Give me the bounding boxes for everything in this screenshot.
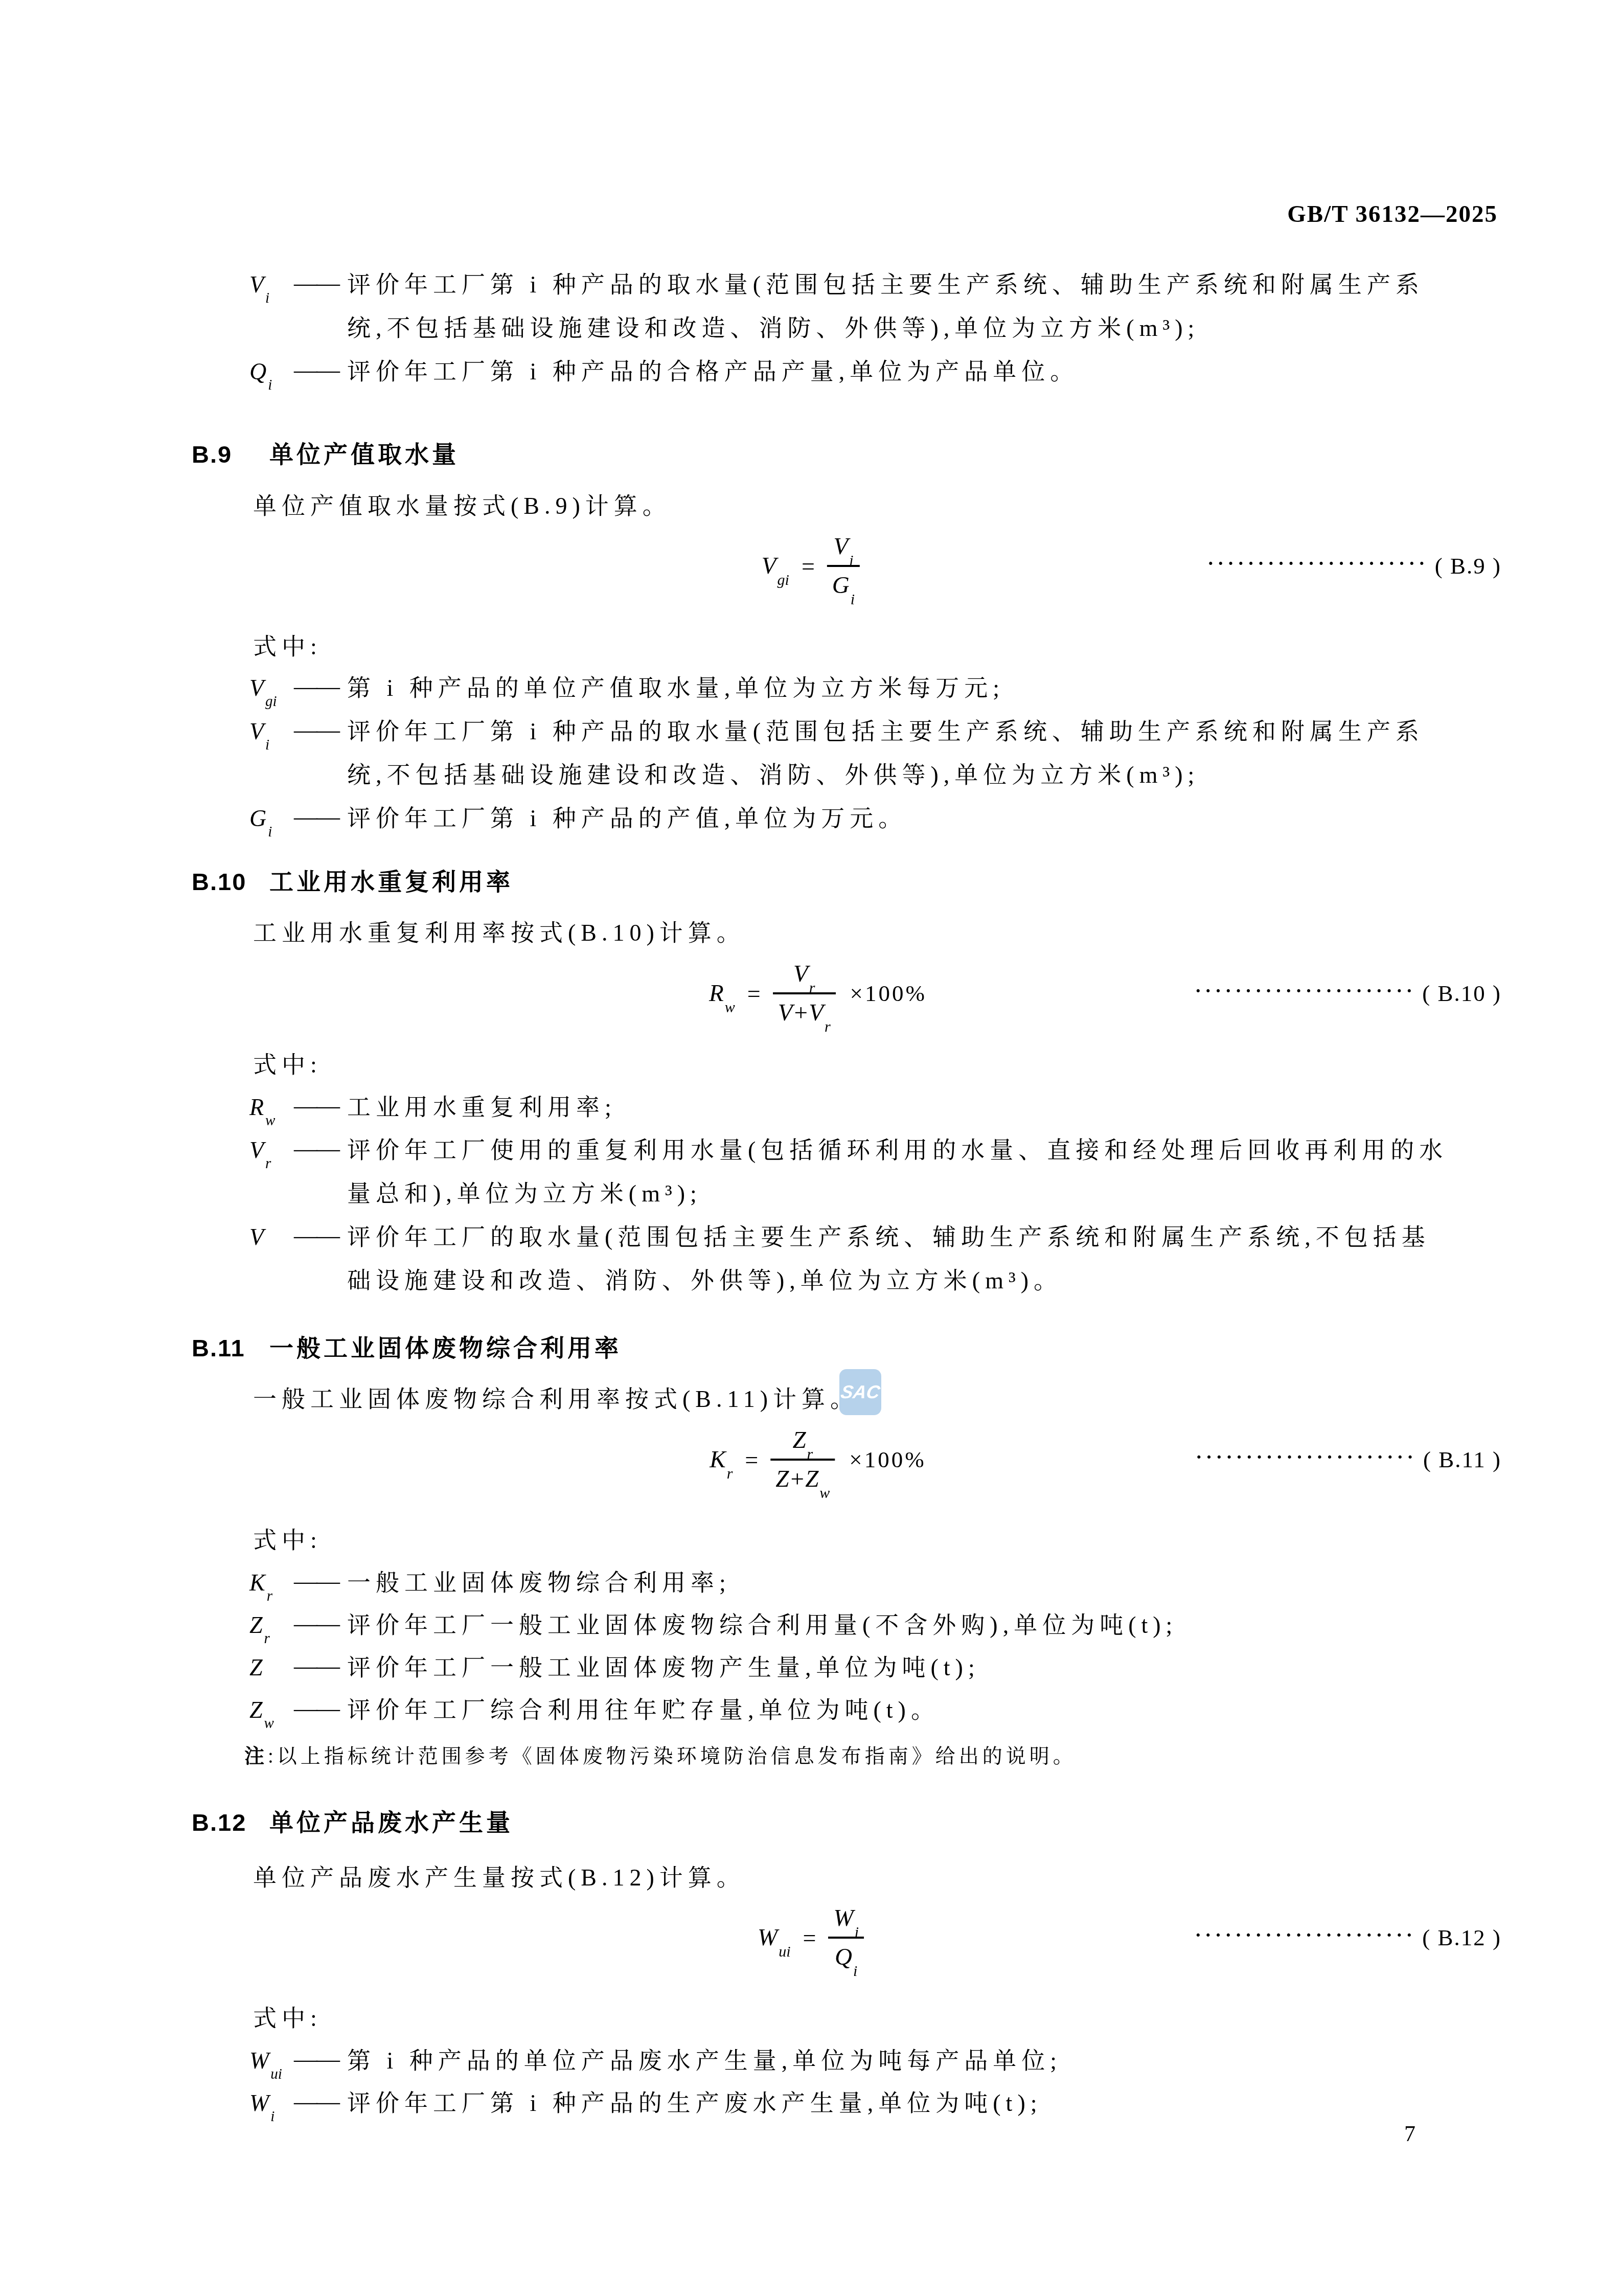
section-heading-b12: B.12 单位产品废水产生量 bbox=[192, 1804, 513, 1838]
fraction: Vi Gi bbox=[827, 532, 860, 600]
definition-gi: Gi —— 评价年工厂第 i 种产品的产值,单位为万元。 bbox=[249, 806, 1501, 831]
em-dash: —— bbox=[294, 805, 347, 829]
definition-wui: Wui —— 第 i 种产品的单位产品废水产生量,单位为吨每产品单位; bbox=[249, 2049, 1501, 2073]
equation-number: ······················ ( B.11 ) bbox=[1196, 1446, 1501, 1473]
section-heading-b9: B.9 单位产值取水量 bbox=[192, 436, 459, 470]
fraction-bar bbox=[773, 992, 836, 994]
symbol-vi: Vi bbox=[249, 272, 294, 297]
symbol-wi: Wi bbox=[249, 2091, 294, 2116]
fraction: Vr V+Vr bbox=[773, 959, 836, 1028]
dot-leader: ······················ bbox=[1195, 980, 1416, 1003]
where-label: 式中: bbox=[253, 1528, 322, 1553]
where-label: 式中: bbox=[253, 2006, 322, 2031]
em-dash: —— bbox=[294, 2047, 347, 2072]
fraction: Wi Qi bbox=[828, 1903, 864, 1972]
em-dash: —— bbox=[294, 358, 347, 382]
fraction: Zr Z+Zw bbox=[770, 1425, 835, 1494]
symbol-gi: Gi bbox=[249, 806, 294, 831]
definition-text: 一般工业固体废物综合利用率; bbox=[347, 1571, 1501, 1595]
em-dash: —— bbox=[294, 1223, 347, 1248]
symbol-wui: Wui bbox=[249, 2049, 294, 2073]
symbol-z: Z bbox=[249, 1655, 294, 1680]
symbol-vr: Vr bbox=[249, 1138, 294, 1163]
definition-zw: Zw —— 评价年工厂综合利用往年贮存量,单位为吨(t)。 bbox=[249, 1698, 1501, 1722]
definition-text: 第 i 种产品的单位产品废水产生量,单位为吨每产品单位; bbox=[347, 2049, 1501, 2073]
em-dash: —— bbox=[294, 674, 347, 699]
note: 注:以上指标统计范围参考《固体废物污染环境防治信息发布指南》给出的说明。 bbox=[244, 1740, 1077, 1769]
em-dash: —— bbox=[294, 271, 347, 295]
symbol-vgi: Vgi bbox=[249, 676, 294, 700]
formula-b10: Rw = Vr V+Vr ×100% ·····················… bbox=[253, 947, 1501, 1039]
where-label: 式中: bbox=[253, 1052, 322, 1078]
symbol-zw: Zw bbox=[249, 1698, 294, 1722]
where-label: 式中: bbox=[253, 634, 322, 660]
fraction-bar bbox=[770, 1459, 835, 1461]
page-number: 7 bbox=[1404, 2121, 1415, 2147]
definition-text: 评价年工厂使用的重复利用水量(包括循环利用的水量、直接和经处理后回收再利用的水 bbox=[347, 1138, 1501, 1163]
fraction-bar bbox=[827, 565, 860, 567]
section-heading-b10: B.10 工业用水重复利用率 bbox=[192, 863, 513, 897]
formula-b11: Kr = Zr Z+Zw ×100% ·····················… bbox=[253, 1414, 1501, 1506]
definition-wi: Wi —— 评价年工厂第 i 种产品的生产废水产生量,单位为吨(t); bbox=[249, 2091, 1501, 2116]
definition-vi-top: Vi —— 评价年工厂第 i 种产品的取水量(范围包括主要生产系统、辅助生产系统… bbox=[249, 272, 1501, 340]
symbol-kr: Kr bbox=[249, 1571, 294, 1595]
equation-number: ······················ ( B.9 ) bbox=[1207, 553, 1501, 579]
note-label: 注 bbox=[244, 1745, 268, 1767]
equation-number: ······················ ( B.10 ) bbox=[1195, 980, 1501, 1007]
definition-text: 统,不包括基础设施建设和改造、消防、外供等),单位为立方米(m³); bbox=[347, 316, 1501, 340]
paragraph-b12-intro: 单位产品废水产生量按式(B.12)计算。 bbox=[253, 1865, 745, 1891]
definition-z: Z —— 评价年工厂一般工业固体废物产生量,单位为吨(t); bbox=[249, 1655, 1501, 1680]
em-dash: —— bbox=[294, 2089, 347, 2114]
definition-text: 评价年工厂一般工业固体废物产生量,单位为吨(t); bbox=[347, 1655, 1501, 1680]
symbol-rw: Rw bbox=[249, 1095, 294, 1120]
paragraph-b11-intro: 一般工业固体废物综合利用率按式(B.11)计算。 bbox=[253, 1386, 1623, 1412]
definition-v: V —— 评价年工厂的取水量(范围包括主要生产系统、辅助生产系统和附属生产系统,… bbox=[249, 1225, 1501, 1293]
em-dash: —— bbox=[294, 718, 347, 742]
definition-text: 第 i 种产品的单位产值取水量,单位为立方米每万元; bbox=[347, 676, 1501, 700]
definition-rw: Rw —— 工业用水重复利用率; bbox=[249, 1095, 1501, 1120]
definition-text: 统,不包括基础设施建设和改造、消防、外供等),单位为立方米(m³); bbox=[347, 763, 1501, 787]
definition-vr: Vr —— 评价年工厂使用的重复利用水量(包括循环利用的水量、直接和经处理后回收… bbox=[249, 1138, 1501, 1206]
definition-text: 评价年工厂第 i 种产品的生产废水产生量,单位为吨(t); bbox=[347, 2091, 1501, 2116]
paragraph-b10-intro: 工业用水重复利用率按式(B.10)计算。 bbox=[253, 920, 745, 946]
paragraph-b9-intro: 单位产值取水量按式(B.9)计算。 bbox=[253, 493, 671, 519]
note-text: :以上指标统计范围参考《固体废物污染环境防治信息发布指南》给出的说明。 bbox=[268, 1745, 1077, 1767]
section-heading-b11: B.11 一般工业固体废物综合利用率 bbox=[192, 1329, 622, 1363]
definition-text: 评价年工厂综合利用往年贮存量,单位为吨(t)。 bbox=[347, 1698, 1501, 1722]
dot-leader: ······················ bbox=[1195, 1924, 1416, 1947]
equation-number: ······················ ( B.12 ) bbox=[1195, 1924, 1501, 1951]
formula-b9: Vgi = Vi Gi ······················ ( B.9… bbox=[253, 520, 1501, 612]
definition-text: 评价年工厂第 i 种产品的取水量(范围包括主要生产系统、辅助生产系统和附属生产系 bbox=[347, 272, 1501, 297]
dot-leader: ······················ bbox=[1196, 1446, 1417, 1469]
definition-text: 评价年工厂第 i 种产品的合格产品产量,单位为产品单位。 bbox=[347, 359, 1501, 384]
doc-number-header: GB/T 36132—2025 bbox=[1287, 200, 1498, 228]
definition-vgi: Vgi —— 第 i 种产品的单位产值取水量,单位为立方米每万元; bbox=[249, 676, 1501, 700]
definition-qi-top: Qi —— 评价年工厂第 i 种产品的合格产品产量,单位为产品单位。 bbox=[249, 359, 1501, 384]
definition-vi-b9: Vi —— 评价年工厂第 i 种产品的取水量(范围包括主要生产系统、辅助生产系统… bbox=[249, 719, 1501, 787]
dot-leader: ······················ bbox=[1207, 553, 1429, 575]
definition-text: 础设施建设和改造、消防、外供等),单位为立方米(m³)。 bbox=[347, 1268, 1501, 1293]
symbol-vi: Vi bbox=[249, 719, 294, 744]
definition-text: 评价年工厂一般工业固体废物综合利用量(不含外购),单位为吨(t); bbox=[347, 1613, 1501, 1638]
em-dash: —— bbox=[294, 1094, 347, 1118]
em-dash: —— bbox=[294, 1654, 347, 1678]
definition-zr: Zr —— 评价年工厂一般工业固体废物综合利用量(不含外购),单位为吨(t); bbox=[249, 1613, 1501, 1638]
symbol-qi: Qi bbox=[249, 359, 294, 384]
symbol-zr: Zr bbox=[249, 1613, 294, 1638]
symbol-v: V bbox=[249, 1225, 294, 1249]
definition-text: 量总和),单位为立方米(m³); bbox=[347, 1181, 1501, 1206]
em-dash: —— bbox=[294, 1696, 347, 1721]
definition-text: 评价年工厂第 i 种产品的取水量(范围包括主要生产系统、辅助生产系统和附属生产系 bbox=[347, 719, 1501, 744]
definition-kr: Kr —— 一般工业固体废物综合利用率; bbox=[249, 1571, 1501, 1595]
document-page: GB/T 36132—2025 Vi —— 评价年工厂第 i 种产品的取水量(范… bbox=[0, 0, 1623, 2296]
definition-text: 评价年工厂第 i 种产品的产值,单位为万元。 bbox=[347, 806, 1501, 831]
definition-text: 工业用水重复利用率; bbox=[347, 1095, 1501, 1120]
em-dash: —— bbox=[294, 1569, 347, 1594]
definition-text: 评价年工厂的取水量(范围包括主要生产系统、辅助生产系统和附属生产系统,不包括基 bbox=[347, 1225, 1501, 1249]
em-dash: —— bbox=[294, 1611, 347, 1636]
em-dash: —— bbox=[294, 1136, 347, 1161]
formula-b12: Wui = Wi Qi ······················ ( B.1… bbox=[253, 1892, 1501, 1984]
